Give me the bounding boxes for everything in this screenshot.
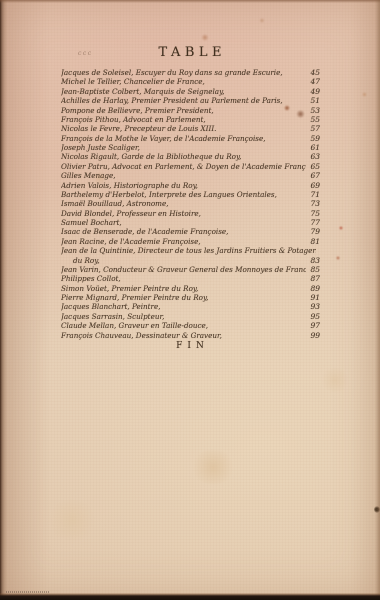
entry-page-number: 73 bbox=[306, 199, 320, 208]
table-row: Ismaël Bouillaud, Astronome,73 bbox=[61, 199, 320, 208]
page-left-edge bbox=[0, 0, 7, 600]
entry-page-number: 65 bbox=[306, 162, 320, 171]
page-title: TABLE bbox=[0, 45, 380, 60]
entry-text: Gilles Menage, bbox=[61, 171, 116, 180]
table-row: Joseph Juste Scaliger,61 bbox=[61, 143, 320, 152]
entry-text: Jean-Baptiste Colbert, Marquis de Seigne… bbox=[61, 87, 224, 96]
table-row: Michel le Tellier, Chancelier de France,… bbox=[61, 77, 320, 86]
table-row: Simon Voüet, Premier Peintre du Roy,89 bbox=[61, 284, 320, 293]
entry-text: François de la Mothe le Vayer, de l'Acad… bbox=[61, 134, 266, 143]
table-row: Claude Mellan, Graveur en Taille-douce,9… bbox=[61, 321, 320, 330]
entry-text: Nicolas Rigault, Garde de la Bibliothequ… bbox=[61, 152, 241, 161]
entry-text: Pierre Mignard, Premier Peintre du Roy, bbox=[61, 293, 208, 302]
entry-page-number: 45 bbox=[306, 68, 320, 77]
entry-page-number: 63 bbox=[306, 152, 320, 161]
table-row: David Blondel, Professeur en Histoire,75 bbox=[61, 209, 320, 218]
entry-text: Barthelemy d'Herbelot, Interprete des La… bbox=[61, 190, 277, 199]
table-row: Olivier Patru, Advocat en Parlement, & D… bbox=[61, 162, 320, 171]
table-row: Gilles Menage,67 bbox=[61, 171, 320, 180]
entry-text: Pompone de Bellievre, Premier President, bbox=[61, 106, 214, 115]
table-row: Adrien Valois, Historiographe du Roy,69 bbox=[61, 181, 320, 190]
entry-text: François Chauveau, Dessinateur & Graveur… bbox=[61, 331, 222, 340]
entry-text: du Roy, bbox=[61, 256, 100, 265]
table-row: Barthelemy d'Herbelot, Interprete des La… bbox=[61, 190, 320, 199]
entry-page-number: 47 bbox=[306, 77, 320, 86]
entry-page-number: 67 bbox=[306, 171, 320, 180]
entry-page-number: 89 bbox=[306, 284, 320, 293]
entry-page-number: 71 bbox=[306, 190, 320, 199]
entry-text: Claude Mellan, Graveur en Taille-douce, bbox=[61, 321, 208, 330]
entry-page-number: 51 bbox=[306, 96, 320, 105]
table-row: Jean-Baptiste Colbert, Marquis de Seigne… bbox=[61, 87, 320, 96]
footer-credit-mark bbox=[6, 591, 50, 593]
entry-text: Michel le Tellier, Chancelier de France, bbox=[61, 77, 205, 86]
entry-text: François Pithou, Advocat en Parlement, bbox=[61, 115, 206, 124]
entry-page-number: 59 bbox=[306, 134, 320, 143]
entry-page-number: 55 bbox=[306, 115, 320, 124]
page-top-edge bbox=[0, 0, 380, 3]
scanned-book-page: ccc TABLE Jacques de Soleisel, Escuyer d… bbox=[0, 0, 380, 600]
entry-text: Jacques Sarrasin, Sculpteur, bbox=[61, 312, 164, 321]
page-bottom-edge bbox=[0, 593, 380, 600]
entry-text: Isaac de Benserade, de l'Academie Franço… bbox=[61, 227, 228, 236]
table-row: du Roy,83 bbox=[61, 256, 320, 265]
entry-page-number: 69 bbox=[306, 181, 320, 190]
entry-text: Nicolas le Fevre, Precepteur de Louis XI… bbox=[61, 124, 216, 133]
table-row: François Pithou, Advocat en Parlement,55 bbox=[61, 115, 320, 124]
entry-text: Ismaël Bouillaud, Astronome, bbox=[61, 199, 169, 208]
table-row: Philippes Collot,87 bbox=[61, 274, 320, 283]
entry-page-number: 79 bbox=[306, 227, 320, 236]
table-row: Nicolas Rigault, Garde de la Bibliothequ… bbox=[61, 152, 320, 161]
entry-text: Joseph Juste Scaliger, bbox=[61, 143, 140, 152]
entry-text: Jacques de Soleisel, Escuyer du Roy dans… bbox=[61, 68, 283, 77]
table-row: Samuel Bochart,77 bbox=[61, 218, 320, 227]
entry-page-number: 75 bbox=[306, 209, 320, 218]
entry-page-number: 87 bbox=[306, 274, 320, 283]
entry-page-number: 91 bbox=[306, 293, 320, 302]
entry-text: Achilles de Harlay, Premier President au… bbox=[61, 96, 283, 105]
entry-page-number: 53 bbox=[306, 106, 320, 115]
fin-label: FIN bbox=[0, 341, 380, 351]
table-row: Pompone de Bellievre, Premier President,… bbox=[61, 106, 320, 115]
entry-text: Philippes Collot, bbox=[61, 274, 121, 283]
entry-text: Simon Voüet, Premier Peintre du Roy, bbox=[61, 284, 198, 293]
table-row: Jacques Sarrasin, Sculpteur,95 bbox=[61, 312, 320, 321]
entry-text: Olivier Patru, Advocat en Parlement, & D… bbox=[61, 162, 306, 171]
entry-page-number: 97 bbox=[306, 321, 320, 330]
table-row: François Chauveau, Dessinateur & Graveur… bbox=[61, 331, 320, 340]
table-row: Isaac de Benserade, de l'Academie Franço… bbox=[61, 227, 320, 236]
entry-page-number: 85 bbox=[306, 265, 320, 274]
table-row: Nicolas le Fevre, Precepteur de Louis XI… bbox=[61, 124, 320, 133]
entry-page-number: 77 bbox=[306, 218, 320, 227]
table-row: Pierre Mignard, Premier Peintre du Roy,9… bbox=[61, 293, 320, 302]
table-row: Jacques Blanchart, Peintre,93 bbox=[61, 302, 320, 311]
entry-page-number: 61 bbox=[306, 143, 320, 152]
table-row: Jacques de Soleisel, Escuyer du Roy dans… bbox=[61, 68, 320, 77]
entry-page-number: 95 bbox=[306, 312, 320, 321]
entry-page-number: 49 bbox=[306, 87, 320, 96]
entry-page-number: 83 bbox=[306, 256, 320, 265]
entry-text: Adrien Valois, Historiographe du Roy, bbox=[61, 181, 198, 190]
table-row: Jean de la Quintinie, Directeur de tous … bbox=[61, 246, 320, 255]
table-row: Jean Varin, Conducteur & Graveur General… bbox=[61, 265, 320, 274]
entry-text: Samuel Bochart, bbox=[61, 218, 122, 227]
entry-text: Jean Racine, de l'Academie Françoise, bbox=[61, 237, 201, 246]
entry-text: Jean de la Quintinie, Directeur de tous … bbox=[61, 246, 316, 255]
entry-page-number: 99 bbox=[306, 331, 320, 340]
entry-text: Jacques Blanchart, Peintre, bbox=[61, 302, 161, 311]
table-row: Jean Racine, de l'Academie Françoise,81 bbox=[61, 237, 320, 246]
table-row: Achilles de Harlay, Premier President au… bbox=[61, 96, 320, 105]
table-row: François de la Mothe le Vayer, de l'Acad… bbox=[61, 134, 320, 143]
entry-page-number: 93 bbox=[306, 302, 320, 311]
table-of-contents: Jacques de Soleisel, Escuyer du Roy dans… bbox=[61, 68, 320, 340]
entry-text: Jean Varin, Conducteur & Graveur General… bbox=[61, 265, 306, 274]
page-right-edge bbox=[375, 0, 380, 600]
entry-text: David Blondel, Professeur en Histoire, bbox=[61, 209, 201, 218]
entry-page-number: 57 bbox=[306, 124, 320, 133]
entry-page-number: 81 bbox=[306, 237, 320, 246]
